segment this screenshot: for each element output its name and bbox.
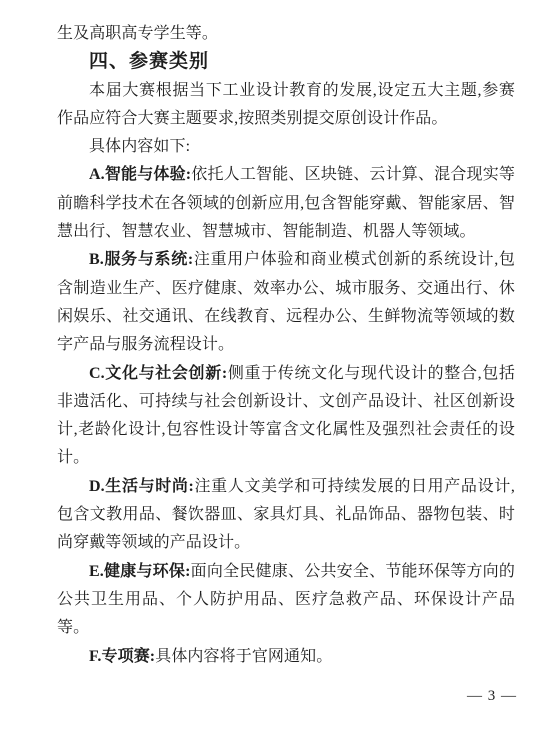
- category-b-label: B.服务与系统:: [89, 251, 193, 268]
- category-a-label: A.智能与体验:: [89, 166, 191, 183]
- category-paragraph-f: F.专项赛:具体内容将于官网通知。: [57, 643, 515, 671]
- category-paragraph-b: B.服务与系统:注重用户体验和商业模式创新的系统设计,包含制造业生产、医疗健康、…: [57, 246, 515, 359]
- section-heading: 四、参赛类别: [57, 48, 515, 76]
- document-body: 生及高职高专学生等。 四、参赛类别 本届大赛根据当下工业设计教育的发展,设定五大…: [57, 20, 515, 671]
- category-paragraph-c: C.文化与社会创新:侧重于传统文化与现代设计的整合,包括非遗活化、可持续与社会创…: [57, 360, 515, 473]
- intro-paragraph: 本届大赛根据当下工业设计教育的发展,设定五大主题,参赛作品应符合大赛主题要求,按…: [57, 77, 515, 134]
- category-paragraph-e: E.健康与环保:面向全民健康、公共安全、节能环保等方向的公共卫生用品、个人防护用…: [57, 558, 515, 643]
- category-c-label: C.文化与社会创新:: [89, 365, 227, 382]
- continuation-line: 生及高职高专学生等。: [57, 20, 515, 48]
- category-f-label: F.专项赛:: [89, 648, 155, 665]
- category-e-label: E.健康与环保:: [89, 563, 191, 580]
- page-number: — 3 —: [467, 687, 517, 705]
- category-paragraph-d: D.生活与时尚:注重人文美学和可持续发展的日用产品设计,包含文教用品、餐饮器皿、…: [57, 473, 515, 558]
- details-lead-in: 具体内容如下:: [57, 133, 515, 161]
- category-d-label: D.生活与时尚:: [89, 478, 194, 495]
- category-f-description: 具体内容将于官网通知。: [155, 648, 332, 665]
- document-page: 生及高职高专学生等。 四、参赛类别 本届大赛根据当下工业设计教育的发展,设定五大…: [0, 0, 541, 734]
- category-paragraph-a: A.智能与体验:依托人工智能、区块链、云计算、混合现实等前瞻科学技术在各领域的创…: [57, 161, 515, 246]
